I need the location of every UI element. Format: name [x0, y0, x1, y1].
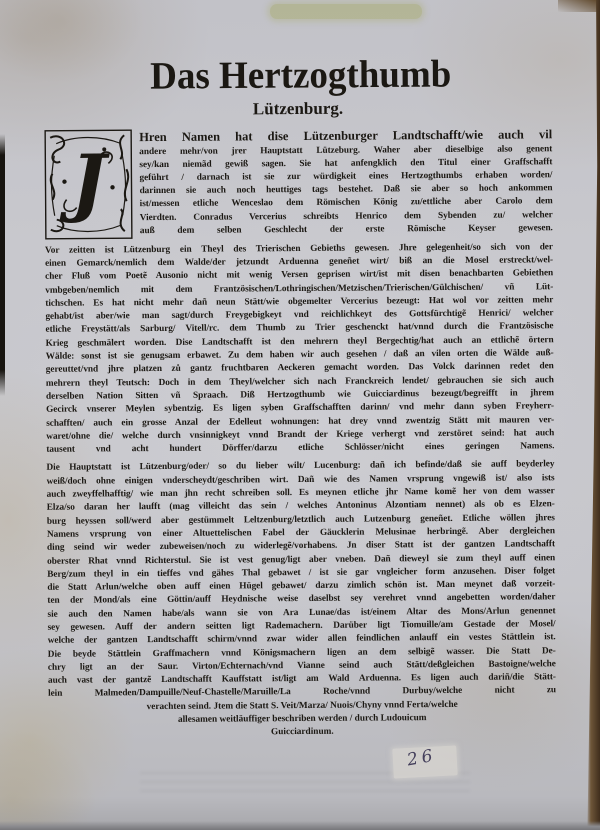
opening-paragraph: J Hren Namen hat dise Lützenburger Landt… — [44, 126, 553, 240]
paragraph-cities: Die Hauptstatt ist Lützenburg/oder/ so d… — [46, 459, 556, 702]
line-list: andere mehr/von jrer Hauptstatt Lützebur… — [139, 143, 553, 238]
printed-text-block: Das Hertzogthumb Lützenburg. J Hren Name… — [44, 54, 557, 741]
book-edge-bottom — [0, 821, 600, 830]
page-title: Das Hertzogthumb — [44, 53, 552, 99]
woodcut-initial-art: J — [44, 129, 133, 240]
text-line: tausent vnd acht hundert Dörffer/darzu e… — [46, 440, 554, 457]
decorated-initial-icon: J — [44, 129, 133, 240]
archive-label-sticker — [270, 4, 422, 19]
book-edge-left — [0, 134, 5, 396]
paragraph-history: Vor zeitten ist Lützenburg ein Theyl des… — [45, 241, 554, 457]
paragraph-colophon-taper: verachten seind. Jtem die Statt S. Veit/… — [48, 698, 556, 741]
book-corner-top-right — [558, 0, 600, 12]
text-line: Guicciardinum. — [48, 725, 556, 742]
book-edge-right — [586, 0, 600, 830]
page-subtitle: Lützenburg. — [44, 97, 552, 121]
book-page-photo: Das Hertzogthumb Lützenburg. J Hren Name… — [0, 0, 600, 830]
opening-paragraph-lines: Hren Namen hat dise Lützenburger Landtsc… — [132, 126, 553, 239]
text-line: auß dem selben Geschlecht der erste Römi… — [140, 222, 553, 238]
